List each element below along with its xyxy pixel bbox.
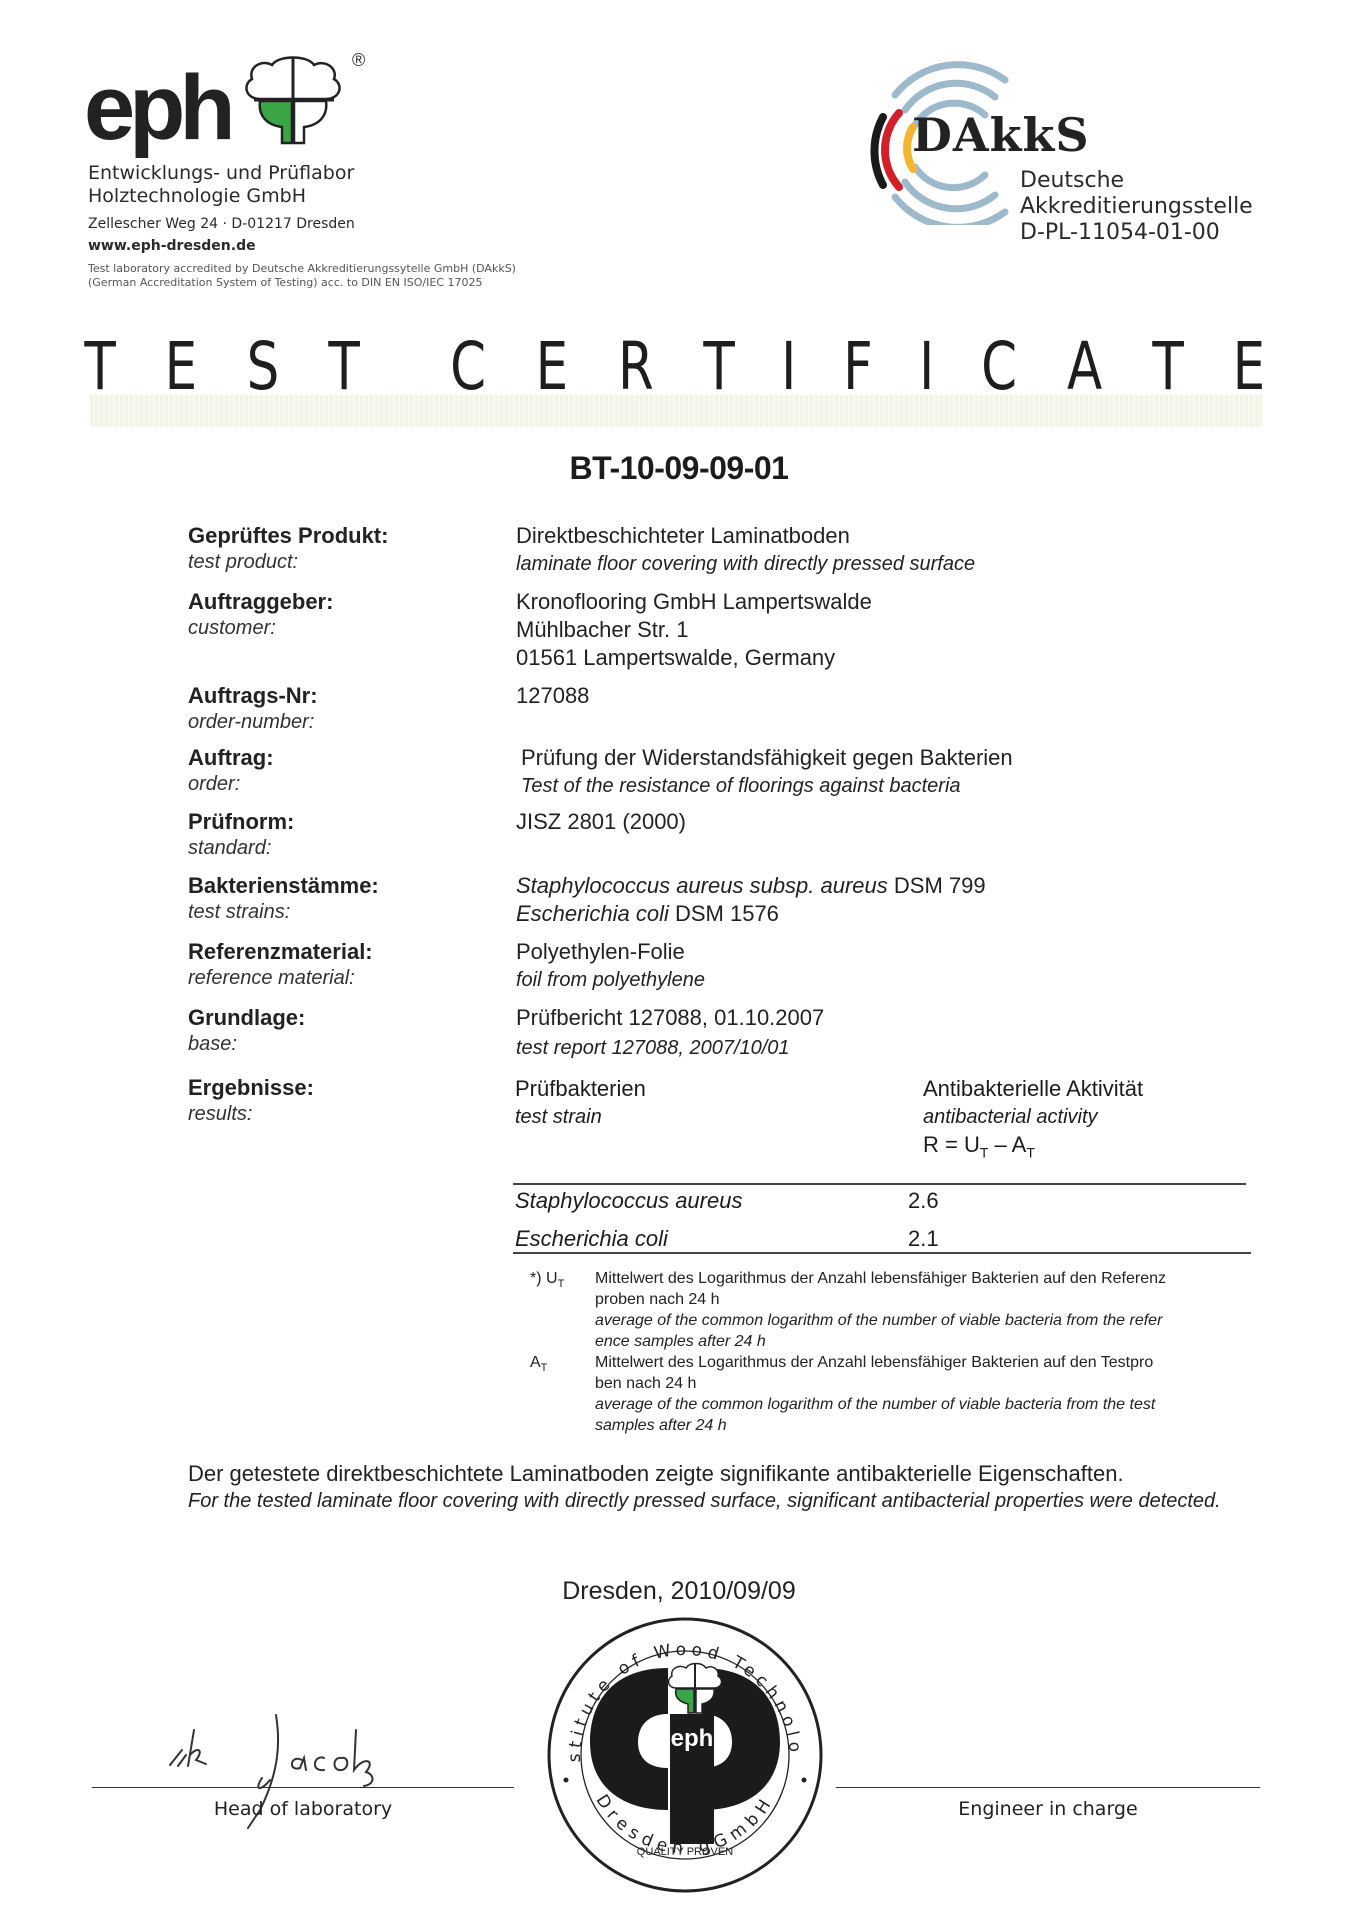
activity-formula: R = UT – AT: [923, 1131, 1143, 1166]
footnote-at-text: Mittelwert des Logarithmus der Anzahl le…: [595, 1352, 1285, 1436]
field-order: Auftrag: order: Prüfung der Widerstandsf…: [188, 744, 1288, 797]
field-reference: Referenzmaterial: reference material: Po…: [188, 938, 1288, 991]
signature-caption-left: Head of laboratory: [92, 1798, 514, 1820]
results-row-strain: Escherichia coli: [515, 1225, 668, 1253]
signature-caption-right: Engineer in charge: [836, 1798, 1260, 1820]
footnote-ut-text: Mittelwert des Logarithmus der Anzahl le…: [595, 1268, 1285, 1352]
registered-mark: ®: [352, 50, 365, 71]
field-standard: Prüfnorm: standard: JISZ 2801 (2000): [188, 808, 1288, 861]
lab-address: Zellescher Weg 24 · D-01217 Dresden: [88, 216, 355, 232]
eph-logo-text: eph: [84, 62, 230, 154]
results-row-value: 2.1: [908, 1225, 939, 1253]
certificate-number: BT-10-09-09-01: [0, 450, 1358, 487]
place-date: Dresden, 2010/09/09: [0, 1577, 1358, 1606]
dakks-registration: D-PL-11054-01-00: [1020, 220, 1253, 246]
footnote-at-key: AT: [530, 1352, 547, 1379]
conclusion-de: Der getestete direktbeschichtete Laminat…: [188, 1460, 1288, 1488]
svg-text:eph: eph: [671, 1725, 714, 1752]
svg-text:QUALITY PROVEN: QUALITY PROVEN: [637, 1846, 733, 1858]
results-col-strain-header: Prüfbakterien test strain: [515, 1075, 646, 1131]
field-order-number: Auftrags-Nr: order-number: 127088: [188, 682, 1288, 735]
results-row-value: 2.6: [908, 1187, 939, 1215]
field-product: Geprüftes Produkt: test product: Direktb…: [188, 522, 1288, 575]
tree-logo-icon: [238, 55, 348, 145]
results-row-strain: Staphylococcus aureus: [515, 1187, 742, 1215]
footnote-ut-key: *) UT: [530, 1268, 564, 1295]
results-table-top-rule: [513, 1183, 1246, 1185]
dakks-name: Deutsche Akkreditierungsstelle D-PL-1105…: [1020, 168, 1253, 246]
results-col-activity-header: Antibakterielle Aktivität antibacterial …: [923, 1075, 1143, 1166]
field-strains: Bakterienstämme: test strains: Staphyloc…: [188, 872, 1288, 925]
signature-line-right: [836, 1787, 1260, 1788]
lab-name: Entwicklungs- und Prüflabor Holztechnolo…: [88, 162, 354, 208]
lab-website: www.eph-dresden.de: [88, 238, 256, 254]
field-base: Grundlage: base: Prüfbericht 127088, 01.…: [188, 1004, 1288, 1057]
signature-line-left: [92, 1787, 514, 1788]
results-table-bottom-rule: [513, 1252, 1251, 1254]
accreditation-note: Test laboratory accredited by Deutsche A…: [88, 262, 516, 290]
certificate-title: T E S T C E R T I F I C A T E: [80, 328, 1270, 405]
dakks-logo-text: DAkkS: [912, 108, 1090, 162]
conclusion-en: For the tested laminate floor covering w…: [188, 1488, 1288, 1515]
institute-seal-icon: Institute of Wood Technology Dresden gGm…: [540, 1610, 830, 1900]
conclusion: Der getestete direktbeschichtete Laminat…: [188, 1460, 1288, 1515]
field-customer: Auftraggeber: customer: Kronoflooring Gm…: [188, 588, 1288, 641]
